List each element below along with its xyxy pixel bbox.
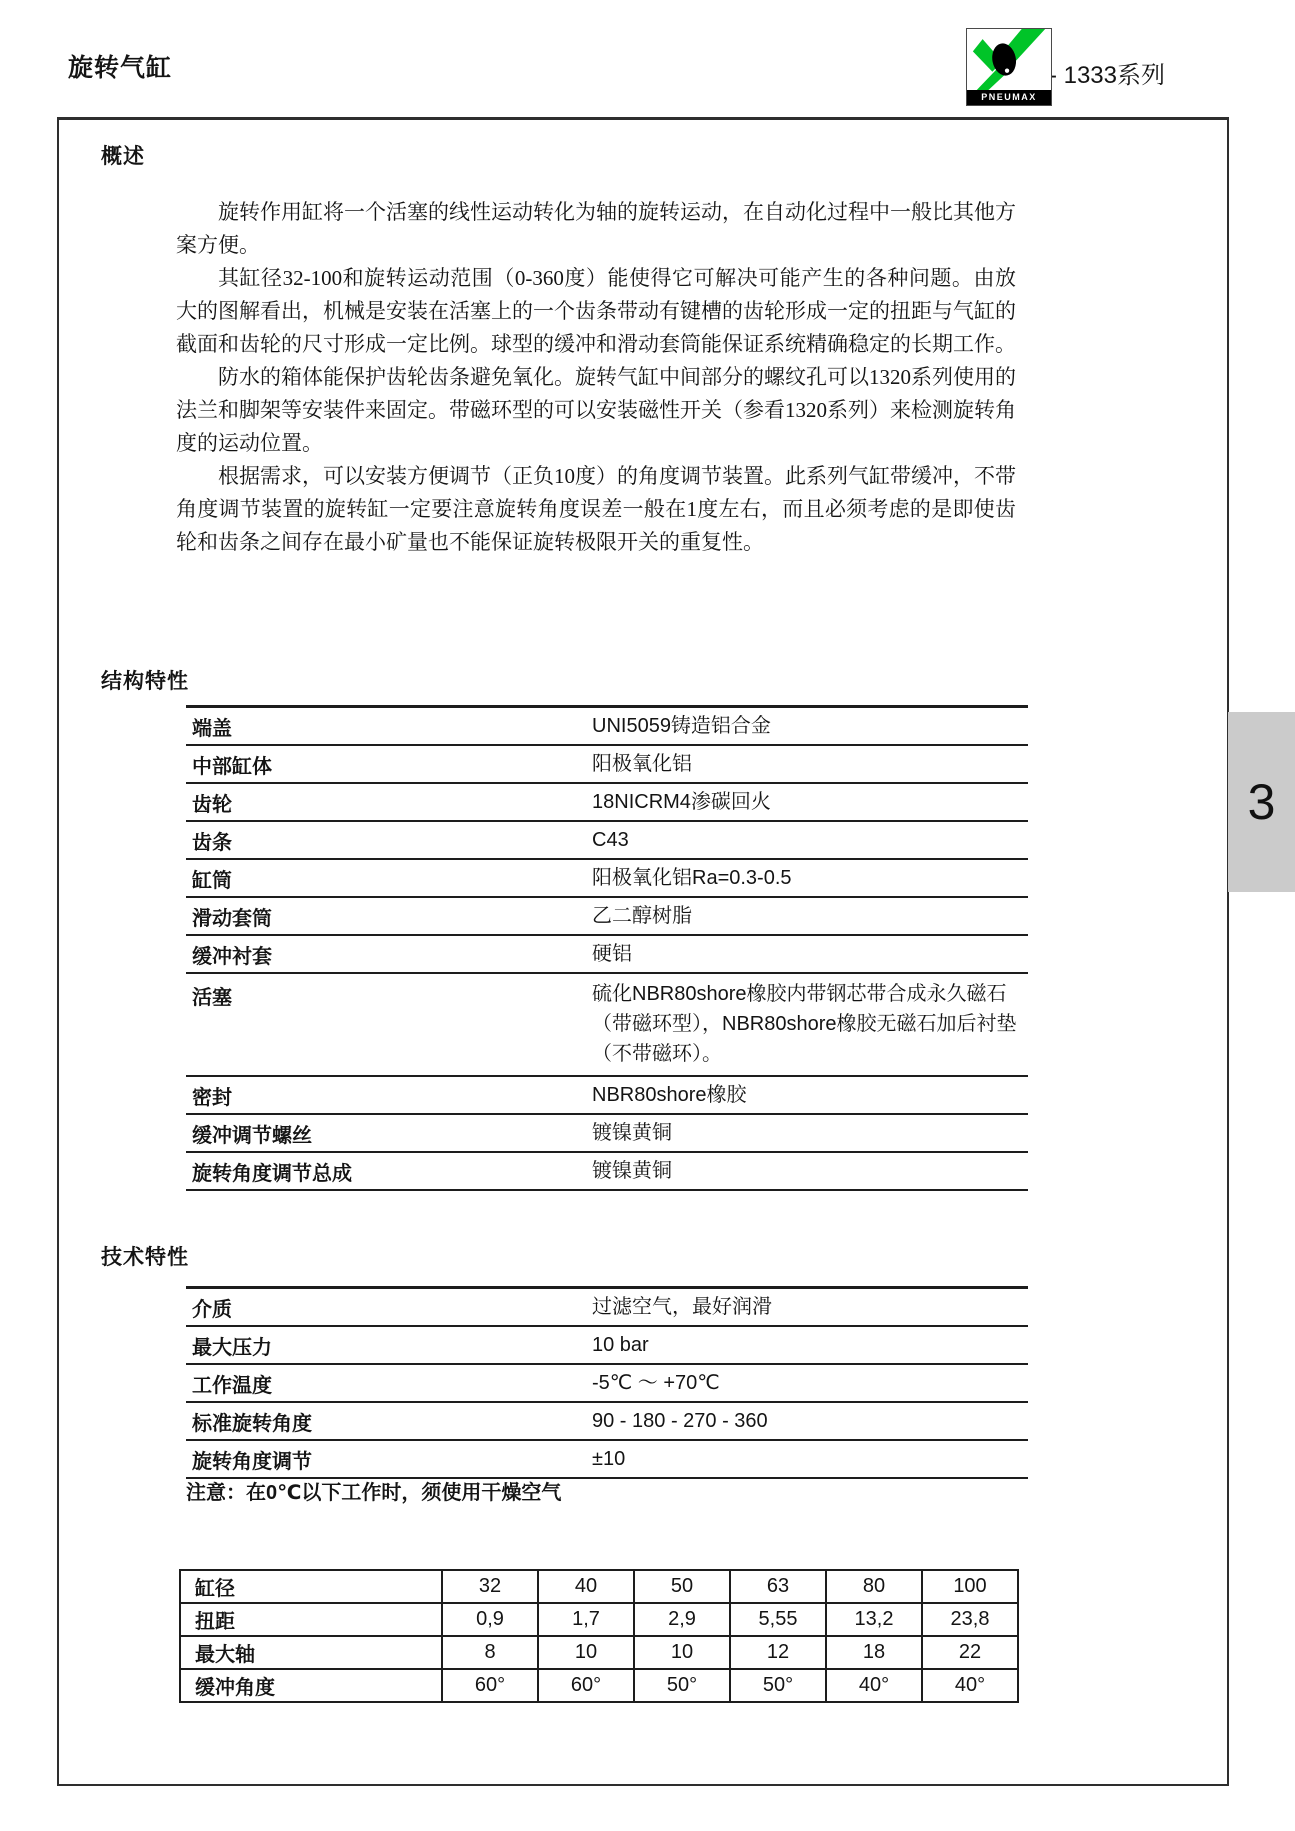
size-cell: 60° [442,1669,538,1702]
size-cell: 2,9 [634,1603,730,1636]
pneumax-logo-text: PNEUMAX [967,90,1051,105]
pneumax-logo: PNEUMAX [966,28,1052,106]
spec-value: 硫化NBR80shore橡胶内带钢芯带合成永久磁石（带磁环型），NBR80sho… [586,973,1028,1076]
size-cell: 0,9 [442,1603,538,1636]
table-row: 最大轴 8 10 10 12 18 22 [180,1636,1018,1669]
size-cell: 18 [826,1636,922,1669]
spec-value: 阳极氧化铝Ra=0.3-0.5 [586,859,1028,897]
tech-heading: 技术特性 [101,1241,189,1271]
size-cell: 60° [538,1669,634,1702]
size-row-label: 最大轴 [180,1636,442,1669]
size-cell: 40 [538,1570,634,1603]
size-cell: 80 [826,1570,922,1603]
size-cell: 22 [922,1636,1018,1669]
table-row: 最大压力10 bar [186,1326,1028,1364]
spec-label: 齿条 [186,821,586,859]
size-cell: 50 [634,1570,730,1603]
size-cell: 32 [442,1570,538,1603]
spec-value: UNI5059铸造铝合金 [586,707,1028,746]
size-cell: 40° [922,1669,1018,1702]
spec-label: 密封 [186,1076,586,1114]
table-row: 中部缸体阳极氧化铝 [186,745,1028,783]
size-cell: 40° [826,1669,922,1702]
table-row: 端盖UNI5059铸造铝合金 [186,707,1028,746]
tech-table: 介质过滤空气，最好润滑 最大压力10 bar 工作温度-5℃ ～ +70℃ 标准… [186,1286,1028,1479]
usage-note: 注意：在0℃以下工作时，须使用干燥空气 [186,1476,561,1505]
table-row: 缓冲衬套硬铝 [186,935,1028,973]
spec-label: 端盖 [186,707,586,746]
spec-label: 最大压力 [186,1326,586,1364]
spec-label: 缓冲衬套 [186,935,586,973]
table-row: 齿轮18NICRM4渗碳回火 [186,783,1028,821]
table-row: 标准旋转角度90 - 180 - 270 - 360 [186,1402,1028,1440]
spec-label: 旋转角度调节 [186,1440,586,1478]
overview-paragraph: 防水的箱体能保护齿轮齿条避免氧化。旋转气缸中间部分的螺纹孔可以1320系列使用的… [176,361,1016,460]
table-row: 旋转角度调节总成镀镍黄铜 [186,1152,1028,1190]
table-row: 介质过滤空气，最好润滑 [186,1288,1028,1327]
spec-label: 齿轮 [186,783,586,821]
spec-value: 过滤空气，最好润滑 [586,1288,1028,1327]
page-title: 旋转气缸 [68,48,172,84]
table-row: 旋转角度调节±10 [186,1440,1028,1478]
size-row-label: 缸径 [180,1570,442,1603]
overview-heading: 概述 [101,140,145,170]
spec-label: 工作温度 [186,1364,586,1402]
spec-label: 中部缸体 [186,745,586,783]
size-cell: 1,7 [538,1603,634,1636]
structure-heading: 结构特性 [101,665,189,695]
table-row: 扭距 0,9 1,7 2,9 5,55 13,2 23,8 [180,1603,1018,1636]
content-frame: 概述 旋转作用缸将一个活塞的线性运动转化为轴的旋转运动，在自动化过程中一般比其他… [57,117,1229,1786]
spec-label: 滑动套筒 [186,897,586,935]
spec-label: 缓冲调节螺丝 [186,1114,586,1152]
spec-label: 介质 [186,1288,586,1327]
chapter-number-tab: 3 [1228,712,1295,892]
table-row: 滑动套筒乙二醇树脂 [186,897,1028,935]
size-cell: 100 [922,1570,1018,1603]
size-table: 缸径 32 40 50 63 80 100 扭距 0,9 1,7 2,9 5,5… [179,1569,1019,1703]
spec-value: 18NICRM4渗碳回火 [586,783,1028,821]
size-row-label: 缓冲角度 [180,1669,442,1702]
spec-label: 缸筒 [186,859,586,897]
size-cell: 8 [442,1636,538,1669]
size-cell: 10 [634,1636,730,1669]
structure-table: 端盖UNI5059铸造铝合金 中部缸体阳极氧化铝 齿轮18NICRM4渗碳回火 … [186,705,1028,1191]
size-row-label: 扭距 [180,1603,442,1636]
spec-value: 镀镍黄铜 [586,1114,1028,1152]
spec-value: ±10 [586,1440,1028,1478]
spec-value: 镀镍黄铜 [586,1152,1028,1190]
size-cell: 5,55 [730,1603,826,1636]
table-row: 缓冲角度 60° 60° 50° 50° 40° 40° [180,1669,1018,1702]
overview-paragraph: 根据需求，可以安装方便调节（正负10度）的角度调节装置。此系列气缸带缓冲，不带角… [176,460,1016,559]
spec-value: 90 - 180 - 270 - 360 [586,1402,1028,1440]
spec-value: -5℃ ～ +70℃ [586,1364,1028,1402]
spec-value: 硬铝 [586,935,1028,973]
table-row: 缓冲调节螺丝镀镍黄铜 [186,1114,1028,1152]
size-cell: 50° [730,1669,826,1702]
table-row: 工作温度-5℃ ～ +70℃ [186,1364,1028,1402]
spec-label: 活塞 [186,973,586,1076]
table-row: 齿条C43 [186,821,1028,859]
size-cell: 23,8 [922,1603,1018,1636]
size-cell: 10 [538,1636,634,1669]
spec-value: 10 bar [586,1326,1028,1364]
table-row: 缸筒阳极氧化铝Ra=0.3-0.5 [186,859,1028,897]
overview-text: 旋转作用缸将一个活塞的线性运动转化为轴的旋转运动，在自动化过程中一般比其他方案方… [176,196,1016,559]
size-cell: 12 [730,1636,826,1669]
overview-paragraph: 其缸径32-100和旋转运动范围（0-360度）能使得它可解决可能产生的各种问题… [176,262,1016,361]
size-cell: 13,2 [826,1603,922,1636]
table-row: 密封NBR80shore橡胶 [186,1076,1028,1114]
pneumax-logo-icon [967,29,1051,90]
spec-value: C43 [586,821,1028,859]
table-row: 活塞硫化NBR80shore橡胶内带钢芯带合成永久磁石（带磁环型），NBR80s… [186,973,1028,1076]
size-cell: 50° [634,1669,730,1702]
spec-value: NBR80shore橡胶 [586,1076,1028,1114]
size-cell: 63 [730,1570,826,1603]
document-page: 旋转气缸 1330 - 1333系列 PNEUMAX 概述 旋转作用缸将一个活塞… [0,0,1295,1831]
spec-label: 旋转角度调节总成 [186,1152,586,1190]
spec-value: 阳极氧化铝 [586,745,1028,783]
table-row: 缸径 32 40 50 63 80 100 [180,1570,1018,1603]
spec-label: 标准旋转角度 [186,1402,586,1440]
spec-value: 乙二醇树脂 [586,897,1028,935]
overview-paragraph: 旋转作用缸将一个活塞的线性运动转化为轴的旋转运动，在自动化过程中一般比其他方案方… [176,196,1016,262]
